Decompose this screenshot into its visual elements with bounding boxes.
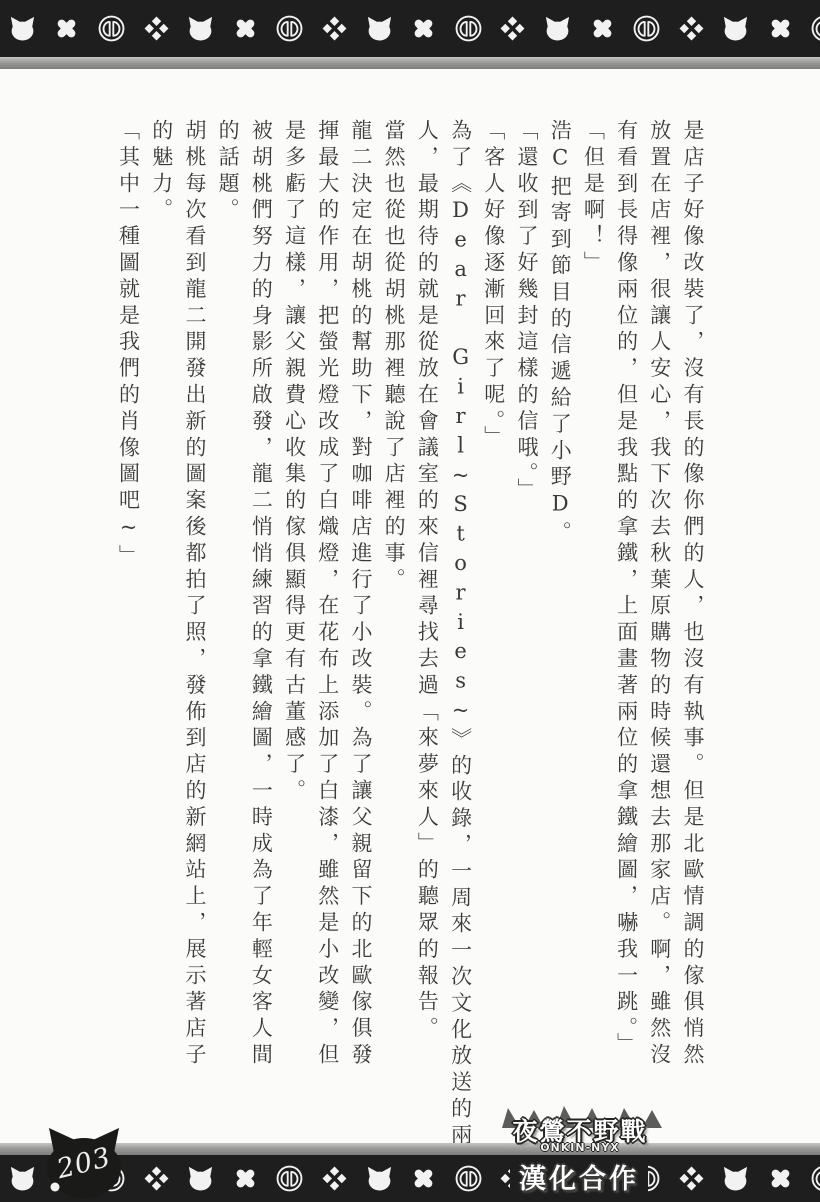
dg-monogram-icon <box>803 1164 820 1193</box>
cat-icon <box>714 1164 759 1193</box>
cross-icon <box>580 14 625 43</box>
cat-icon <box>357 14 402 43</box>
top-gray-strip <box>0 57 820 69</box>
text-column-12: 揮最大的作用，把螢光燈改成了白熾燈，在花布上添加了白漆，雖然是小改變，但 <box>311 119 344 1097</box>
text-column-13: 是多虧了這樣，讓父親費心收集的傢俱顯得更有古董感了。 <box>277 119 310 1097</box>
cat-icon <box>357 1164 402 1193</box>
cat-icon <box>535 14 580 43</box>
cross-icon <box>401 14 446 43</box>
diamond-cluster-icon <box>134 1164 179 1193</box>
text-column-17: 的魅力。 <box>145 119 178 1097</box>
diamond-cluster-icon <box>491 14 536 43</box>
text-column-6: 「還收到了好幾封這樣的信哦。」 <box>510 119 543 1097</box>
text-column-16: 胡桃每次看到龍二開發出新的圖案後都拍了照，發佈到店的新網站上，展示著店子 <box>178 119 211 1097</box>
cross-icon <box>223 1164 268 1193</box>
cat-icon <box>0 14 45 43</box>
diamond-cluster-icon <box>134 14 179 43</box>
text-column-8: 為了《Dear Girl~Stories~》的收錄，一周來一次文化放送的兩 <box>443 119 476 1097</box>
text-column-14: 被胡桃們努力的身影所啟發，龍二悄悄練習的拿鐵繪圖，一時成為了年輕女客人間 <box>244 119 277 1097</box>
dg-monogram-icon <box>89 14 134 43</box>
text-column-1: 是店子好像改裝了，沒有長的像你們的人，也沒有執事。但是北歐情調的傢俱悄然 <box>676 119 709 1097</box>
text-column-5: 浩C把寄到節目的信遞給了小野D。 <box>543 119 576 1097</box>
cat-icon <box>178 1164 223 1193</box>
text-column-3: 有看到長得像兩位的，但是我點的拿鐵，上面畫著兩位的拿鐵繪圖，嚇我一跳。」 <box>609 119 642 1097</box>
dg-monogram-icon <box>268 14 313 43</box>
text-column-2: 放置在店裡，很讓人安心，我下次去秋葉原購物的時候還想去那家店。啊，雖然沒 <box>643 119 676 1097</box>
diamond-cluster-icon <box>312 1164 357 1193</box>
cat-icon <box>0 1164 45 1193</box>
scanned-book-page: 是店子好像改裝了，沒有長的像你們的人，也沒有執事。但是北歐情調的傢俱悄然放置在店… <box>0 0 820 1202</box>
text-column-18: 「其中一種圖就是我們的肖像圖吧~」 <box>111 119 144 1097</box>
dg-monogram-icon <box>268 1164 313 1193</box>
dg-monogram-icon <box>446 14 491 43</box>
cross-icon <box>758 14 803 43</box>
top-border-band <box>0 0 820 57</box>
cross-icon <box>401 1164 446 1193</box>
cross-icon <box>45 14 90 43</box>
text-column-4: 「但是啊！」 <box>576 119 609 1097</box>
diamond-cluster-icon <box>669 14 714 43</box>
text-column-10: 當然也從也從胡桃那裡聽說了店裡的事。 <box>377 119 410 1097</box>
text-column-9: 人，最期待的就是從放在會議室的來信裡尋找去過「來夢來人」的聽眾的報告。 <box>410 119 443 1097</box>
watermark-subtitle: 漢化合作 <box>510 1157 648 1196</box>
dg-monogram-icon <box>446 1164 491 1193</box>
page-number-badge: 203 <box>42 1124 126 1200</box>
dg-monogram-icon <box>803 14 820 43</box>
text-column-11: 龍二決定在胡桃的幫助下，對咖啡店進行了小改裝。為了讓父親留下的北歐傢俱發 <box>344 119 377 1097</box>
text-column-15: 的話題。 <box>211 119 244 1097</box>
diamond-cluster-icon <box>669 1164 714 1193</box>
cross-icon <box>758 1164 803 1193</box>
text-column-7: 「客人好像逐漸回來了呢。」 <box>477 119 510 1097</box>
cat-icon <box>714 14 759 43</box>
vertical-text-block: 是店子好像改裝了，沒有長的像你們的人，也沒有執事。但是北歐情調的傢俱悄然放置在店… <box>111 119 709 1097</box>
cross-icon <box>223 14 268 43</box>
diamond-cluster-icon <box>312 14 357 43</box>
watermark-romanization: ONKIN-NYX <box>488 1141 672 1154</box>
dg-monogram-icon <box>624 14 669 43</box>
cat-icon <box>178 14 223 43</box>
